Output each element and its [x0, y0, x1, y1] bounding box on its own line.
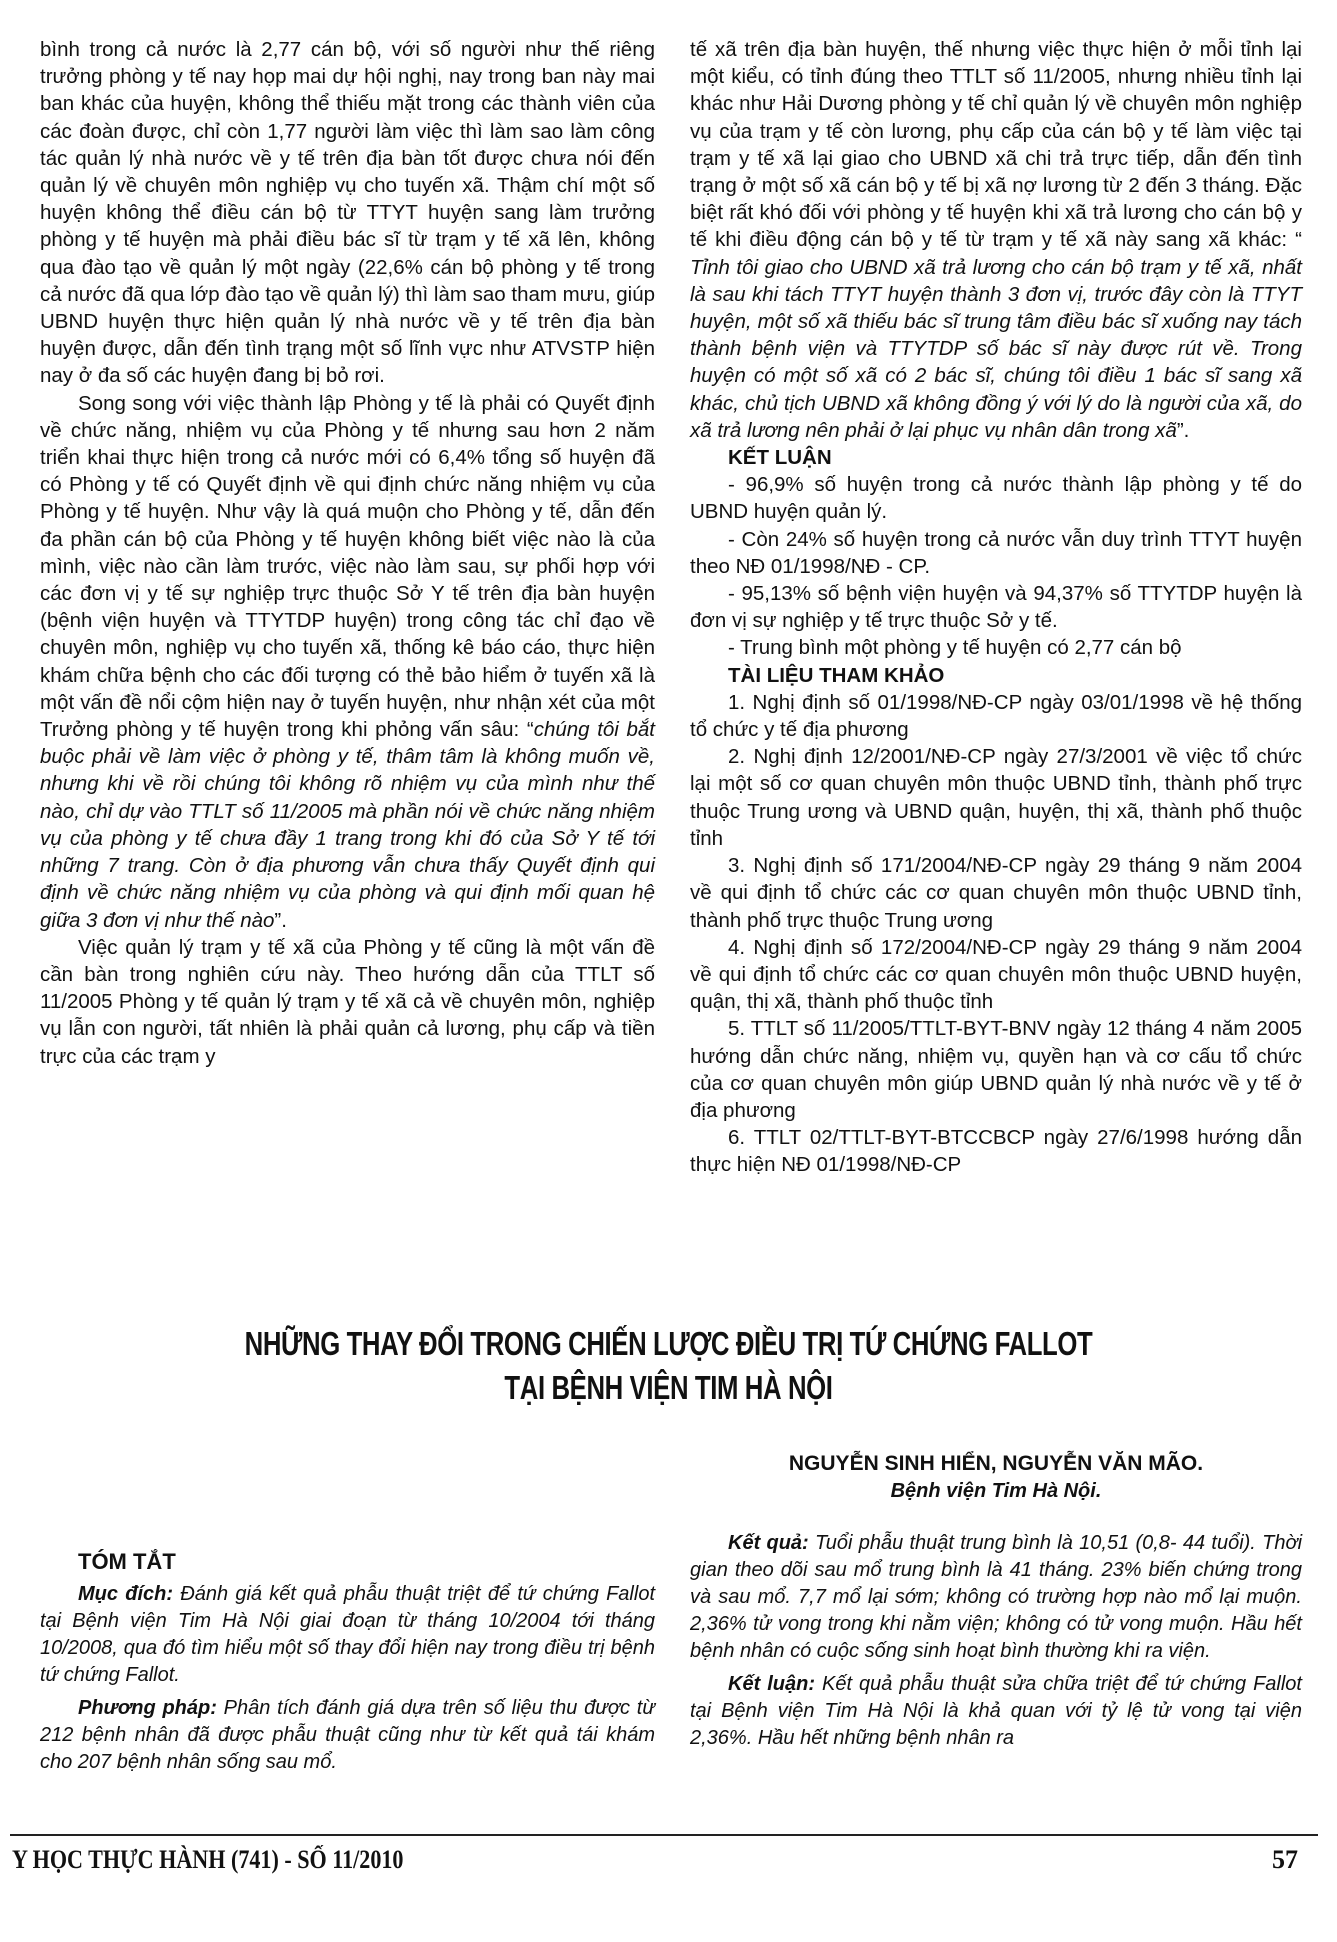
- reference-item: 4. Nghị định số 172/2004/NĐ-CP ngày 29 t…: [690, 934, 1302, 1016]
- paragraph: Song song với việc thành lập Phòng y tế …: [40, 390, 655, 934]
- abstract-results: Kết quả: Tuổi phẫu thuật trung bình là 1…: [690, 1530, 1302, 1665]
- author-block: NGUYỄN SINH HIỂN, NGUYỄN VĂN MÃO. Bệnh v…: [690, 1450, 1302, 1505]
- references-heading: TÀI LIỆU THAM KHẢO: [690, 662, 1302, 689]
- paragraph: tế xã trên địa bàn huyện, thế nhưng việc…: [690, 36, 1302, 444]
- right-column: tế xã trên địa bàn huyện, thế nhưng việc…: [690, 36, 1302, 1179]
- conclusion-item: - Còn 24% số huyện trong cả nước vẫn duy…: [690, 526, 1302, 580]
- conclusion-heading: KẾT LUẬN: [690, 444, 1302, 471]
- article-title: NHỮNG THAY ĐỔI TRONG CHIẾN LƯỢC ĐIỀU TRỊ…: [147, 1322, 1190, 1410]
- reference-item: 5. TTLT số 11/2005/TTLT-BYT-BNV ngày 12 …: [690, 1015, 1302, 1124]
- reference-item: 2. Nghị định 12/2001/NĐ-CP ngày 27/3/200…: [690, 743, 1302, 852]
- conclusion-item: - 95,13% số bệnh viện huyện và 94,37% số…: [690, 580, 1302, 634]
- abstract-conclusion: Kết luận: Kết quả phẫu thuật sửa chữa tr…: [690, 1671, 1302, 1752]
- author-names: NGUYỄN SINH HIỂN, NGUYỄN VĂN MÃO.: [690, 1450, 1302, 1478]
- left-column: bình trong cả nước là 2,77 cán bộ, với s…: [40, 36, 655, 1070]
- reference-item: 3. Nghị định số 171/2004/NĐ-CP ngày 29 t…: [690, 852, 1302, 934]
- abstract-left: TÓM TẮT Mục đích: Đánh giá kết quả phẫu …: [40, 1548, 655, 1782]
- interview-quote: chúng tôi bắt buộc phải về làm việc ở ph…: [40, 718, 655, 931]
- author-affiliation: Bệnh viện Tim Hà Nội.: [690, 1478, 1302, 1505]
- footer-divider: [10, 1834, 1318, 1836]
- journal-name: Y HỌC THỰC HÀNH (741) - SỐ 11/2010: [12, 1845, 403, 1875]
- interview-quote: Tỉnh tôi giao cho UBND xã trả lương cho …: [690, 256, 1302, 442]
- reference-item: 6. TTLT 02/TTLT-BYT-BTCCBCP ngày 27/6/19…: [690, 1124, 1302, 1178]
- abstract-objective: Mục đích: Đánh giá kết quả phẫu thuật tr…: [40, 1581, 655, 1689]
- paragraph: Việc quản lý trạm y tế xã của Phòng y tế…: [40, 934, 655, 1070]
- paragraph: bình trong cả nước là 2,77 cán bộ, với s…: [40, 36, 655, 390]
- page-number: 57: [1272, 1845, 1298, 1875]
- conclusion-item: - 96,9% số huyện trong cả nước thành lập…: [690, 471, 1302, 525]
- abstract-right: Kết quả: Tuổi phẫu thuật trung bình là 1…: [690, 1530, 1302, 1758]
- abstract-methods: Phương pháp: Phân tích đánh giá dựa trên…: [40, 1695, 655, 1776]
- reference-item: 1. Nghị định số 01/1998/NĐ-CP ngày 03/01…: [690, 689, 1302, 743]
- journal-page: bình trong cả nước là 2,77 cán bộ, với s…: [0, 0, 1337, 1942]
- conclusion-item: - Trung bình một phòng y tế huyện có 2,7…: [690, 634, 1302, 661]
- abstract-heading: TÓM TẮT: [40, 1548, 655, 1575]
